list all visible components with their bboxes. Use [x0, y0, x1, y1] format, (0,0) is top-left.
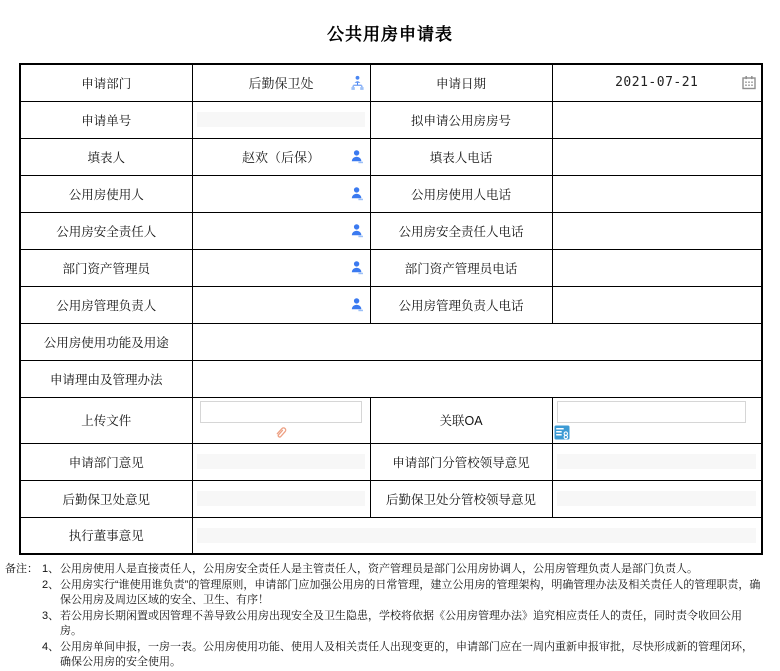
note-text: 若公用房长期闲置或因管理不善导致公用房出现安全及卫生隐患，学校将依据《公用房管理… — [60, 609, 775, 640]
row-upload-oa: 上传文件 关联OA — [20, 397, 762, 443]
org-chart-icon[interactable] — [351, 75, 365, 90]
usage-function-label: 公用房使用功能及用途 — [20, 323, 192, 360]
room-manager-value-cell[interactable] — [192, 286, 370, 323]
note-text: 公用房使用人是直接责任人，公用房安全责任人是主管责任人，资产管理员是部门公用房协… — [60, 562, 775, 578]
upload-file-input[interactable] — [200, 401, 362, 423]
row-usage-function: 公用房使用功能及用途 — [20, 323, 762, 360]
row-room-manager: 公用房管理负责人 公用房管理负责人电话 — [20, 286, 762, 323]
room-manager-phone-label: 公用房管理负责人电话 — [370, 286, 552, 323]
dept-opinion-readonly-field — [197, 454, 365, 469]
room-manager-phone-value-cell[interactable] — [552, 286, 762, 323]
apply-date-label: 申请日期 — [370, 64, 552, 101]
apply-reason-label: 申请理由及管理办法 — [20, 360, 192, 397]
logistics-opinion-readonly-field — [197, 491, 365, 506]
room-manager-label: 公用房管理负责人 — [20, 286, 192, 323]
apply-dept-value[interactable]: 后勤保卫处 — [248, 73, 313, 92]
paperclip-icon[interactable] — [193, 425, 370, 443]
row-logistics-opinion: 后勤保卫处意见 后勤保卫处分管校领导意见 — [20, 480, 762, 517]
apply-no-readonly-field — [197, 112, 365, 127]
logistics-leader-opinion-label: 后勤保卫处分管校领导意见 — [370, 480, 552, 517]
logistics-opinion-label: 后勤保卫处意见 — [20, 480, 192, 517]
asset-manager-value-cell[interactable] — [192, 249, 370, 286]
note-text: 公用房实行“谁使用谁负责”的管理原则，申请部门应加强公用房的日常管理，建立公用房… — [60, 578, 775, 609]
dept-leader-opinion-label: 申请部门分管校领导意见 — [370, 443, 552, 480]
logistics-opinion-value-cell — [192, 480, 370, 517]
apply-date-value[interactable]: 2021-07-21 — [615, 75, 698, 90]
row-director-opinion: 执行董事意见 — [20, 517, 762, 554]
room-no-value-cell[interactable] — [552, 101, 762, 138]
note-item: 2、 公用房实行“谁使用谁负责”的管理原则，申请部门应加强公用房的日常管理，建立… — [5, 578, 775, 609]
filler-phone-label: 填表人电话 — [370, 138, 552, 175]
usage-function-value-cell[interactable] — [192, 323, 762, 360]
apply-no-value-cell — [192, 101, 370, 138]
room-user-phone-label: 公用房使用人电话 — [370, 175, 552, 212]
asset-manager-label: 部门资产管理员 — [20, 249, 192, 286]
note-number: 2、 — [42, 578, 60, 609]
calendar-icon[interactable] — [742, 75, 756, 90]
asset-manager-phone-label: 部门资产管理员电话 — [370, 249, 552, 286]
apply-dept-value-cell[interactable]: 后勤保卫处 — [192, 64, 370, 101]
row-filler: 填表人 赵欢（后保） 填表人电话 — [20, 138, 762, 175]
apply-date-value-cell[interactable]: 2021-07-21 — [552, 64, 762, 101]
upload-file-cell[interactable] — [192, 397, 370, 443]
oa-list-icon[interactable] — [553, 425, 762, 443]
row-room-user: 公用房使用人 公用房使用人电话 — [20, 175, 762, 212]
page-title: 公共用房申请表 — [0, 20, 780, 45]
row-safety-person: 公用房安全责任人 公用房安全责任人电话 — [20, 212, 762, 249]
note-item: 备注： 1、 公用房使用人是直接责任人，公用房安全责任人是主管责任人，资产管理员… — [5, 562, 775, 578]
dept-leader-opinion-value-cell — [552, 443, 762, 480]
upload-file-label: 上传文件 — [20, 397, 192, 443]
person-icon[interactable] — [351, 149, 365, 164]
room-user-phone-value-cell[interactable] — [552, 175, 762, 212]
row-apply-dept-date: 申请部门 后勤保卫处 申请日期 2021-07-21 — [20, 64, 762, 101]
filler-value-cell[interactable]: 赵欢（后保） — [192, 138, 370, 175]
safety-person-value-cell[interactable] — [192, 212, 370, 249]
person-icon[interactable] — [351, 260, 365, 275]
row-asset-manager: 部门资产管理员 部门资产管理员电话 — [20, 249, 762, 286]
notes-section: 备注： 1、 公用房使用人是直接责任人，公用房安全责任人是主管责任人，资产管理员… — [5, 562, 775, 671]
note-number: 1、 — [42, 562, 60, 578]
person-icon[interactable] — [351, 297, 365, 312]
asset-manager-phone-value-cell[interactable] — [552, 249, 762, 286]
row-dept-opinion: 申请部门意见 申请部门分管校领导意见 — [20, 443, 762, 480]
application-form-table: 申请部门 后勤保卫处 申请日期 2021-07-21 — [19, 63, 763, 555]
dept-leader-opinion-readonly-field — [557, 454, 757, 469]
filler-phone-value-cell[interactable] — [552, 138, 762, 175]
room-user-value-cell[interactable] — [192, 175, 370, 212]
director-opinion-value-cell — [192, 517, 762, 554]
filler-label: 填表人 — [20, 138, 192, 175]
person-icon[interactable] — [351, 223, 365, 238]
row-apply-no: 申请单号 拟申请公用房房号 — [20, 101, 762, 138]
notes-label: 备注： — [5, 562, 42, 578]
logistics-leader-opinion-value-cell — [552, 480, 762, 517]
logistics-leader-opinion-readonly-field — [557, 491, 757, 506]
related-oa-input[interactable] — [557, 401, 746, 423]
dept-opinion-value-cell — [192, 443, 370, 480]
room-user-label: 公用房使用人 — [20, 175, 192, 212]
director-opinion-label: 执行董事意见 — [20, 517, 192, 554]
row-apply-reason: 申请理由及管理办法 — [20, 360, 762, 397]
safety-person-label: 公用房安全责任人 — [20, 212, 192, 249]
director-opinion-readonly-field — [197, 528, 757, 543]
apply-reason-value-cell[interactable] — [192, 360, 762, 397]
person-icon[interactable] — [351, 186, 365, 201]
note-item: 3、 若公用房长期闲置或因管理不善导致公用房出现安全及卫生隐患，学校将依据《公用… — [5, 609, 775, 640]
related-oa-label: 关联OA — [370, 397, 552, 443]
note-number: 3、 — [42, 609, 60, 640]
apply-no-label: 申请单号 — [20, 101, 192, 138]
filler-value[interactable]: 赵欢（后保） — [242, 147, 320, 166]
room-no-label: 拟申请公用房房号 — [370, 101, 552, 138]
dept-opinion-label: 申请部门意见 — [20, 443, 192, 480]
safety-person-phone-label: 公用房安全责任人电话 — [370, 212, 552, 249]
apply-dept-label: 申请部门 — [20, 64, 192, 101]
safety-person-phone-value-cell[interactable] — [552, 212, 762, 249]
related-oa-cell[interactable] — [552, 397, 762, 443]
